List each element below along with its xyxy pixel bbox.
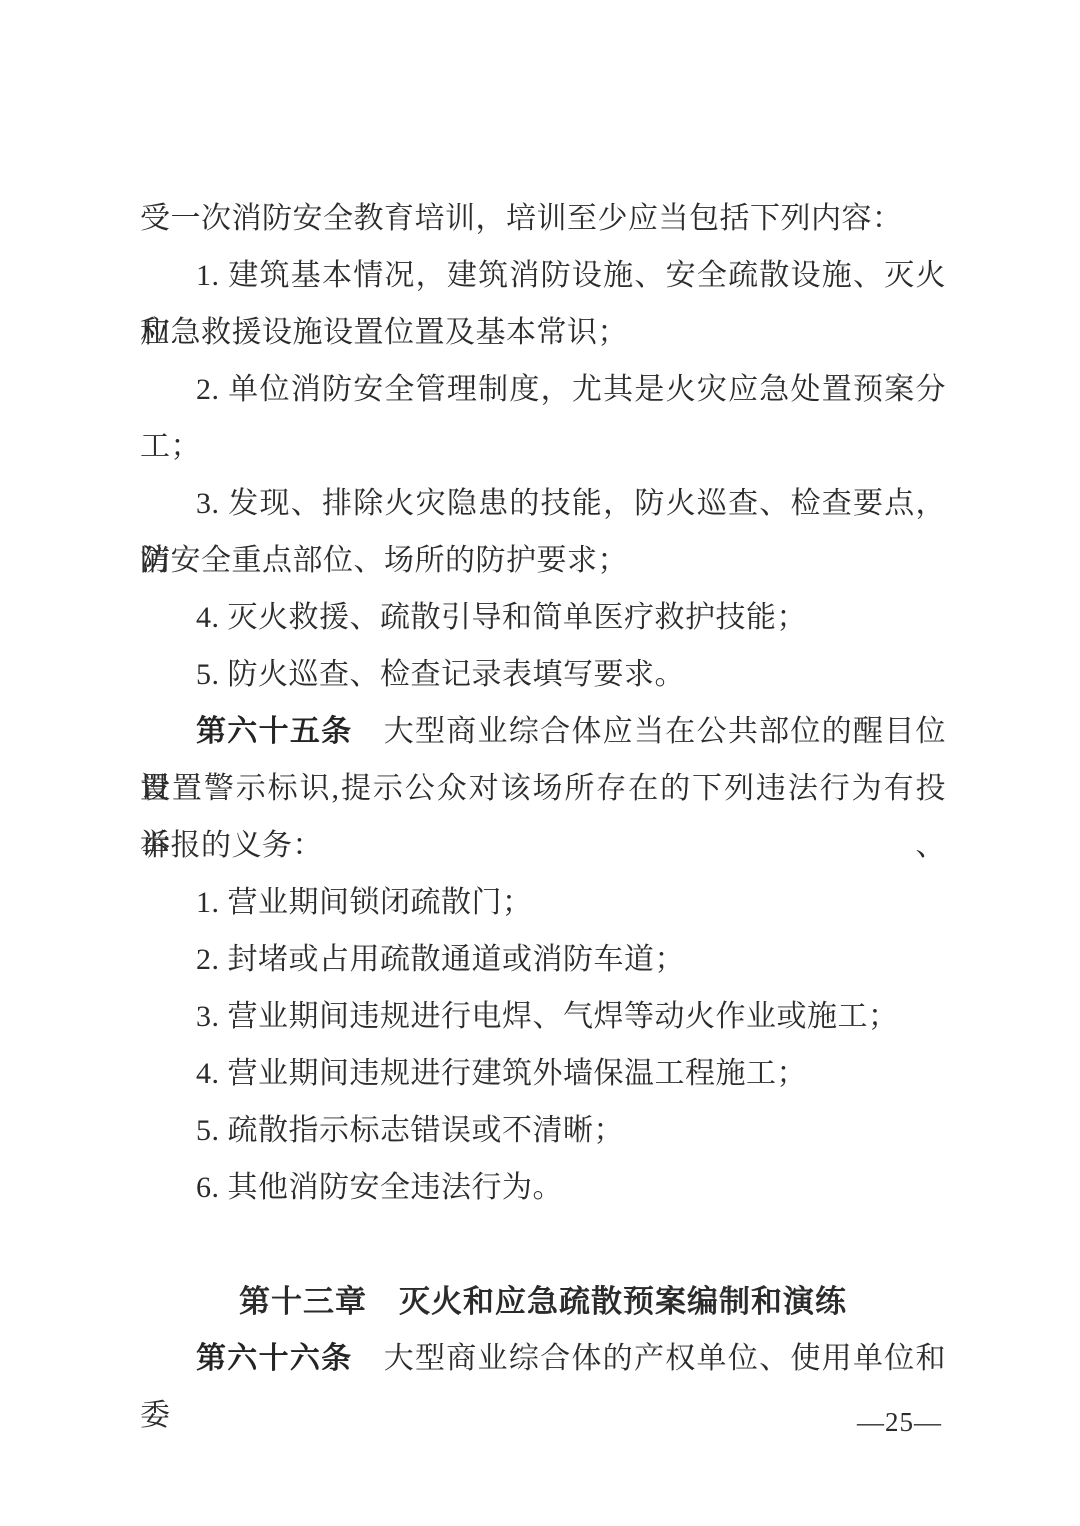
text-line: 2. 单位消防安全管理制度，尤其是火灾应急处置预案分: [140, 361, 946, 418]
text-line: 应急救援设施设置位置及基本常识；: [140, 304, 946, 361]
document-body: 受一次消防安全教育培训，培训至少应当包括下列内容：1. 建筑基本情况，建筑消防设…: [140, 190, 946, 1387]
text-line: 4. 营业期间违规进行建筑外墙保温工程施工；: [140, 1045, 946, 1102]
text-line: 3. 营业期间违规进行电焊、气焊等动火作业或施工；: [140, 988, 946, 1045]
text-line: 防安全重点部位、场所的防护要求；: [140, 532, 946, 589]
page-number: —25—: [857, 1406, 942, 1438]
article-number: 第六十六条: [196, 1342, 352, 1375]
text-line: 1. 营业期间锁闭疏散门；: [140, 874, 946, 931]
text-line: 受一次消防安全教育培训，培训至少应当包括下列内容：: [140, 190, 946, 247]
text-line: 设置警示标识,提示公众对该场所存在的下列违法行为有投诉、: [140, 760, 946, 817]
text-line: 工；: [140, 418, 946, 475]
text-line: 5. 防火巡查、检查记录表填写要求。: [140, 646, 946, 703]
text-line: 2. 封堵或占用疏散通道或消防车道；: [140, 931, 946, 988]
document-page: 受一次消防安全教育培训，培训至少应当包括下列内容：1. 建筑基本情况，建筑消防设…: [0, 0, 1080, 1526]
text-line: 3. 发现、排除火灾隐患的技能，防火巡查、检查要点，消: [140, 475, 946, 532]
blank-line: [140, 1216, 946, 1273]
text-line: 6. 其他消防安全违法行为。: [140, 1159, 946, 1216]
text-line: 4. 灭火救援、疏散引导和简单医疗救护技能；: [140, 589, 946, 646]
chapter-heading: 第十三章 灭火和应急疏散预案编制和演练: [140, 1273, 946, 1330]
text-line: 5. 疏散指示标志错误或不清晰；: [140, 1102, 946, 1159]
text-line: 第六十六条 大型商业综合体的产权单位、使用单位和委: [140, 1330, 946, 1387]
article-number: 第六十五条: [196, 715, 352, 748]
text-line: 1. 建筑基本情况，建筑消防设施、安全疏散设施、灭火和: [140, 247, 946, 304]
text-line: 第六十五条 大型商业综合体应当在公共部位的醒目位置: [140, 703, 946, 760]
